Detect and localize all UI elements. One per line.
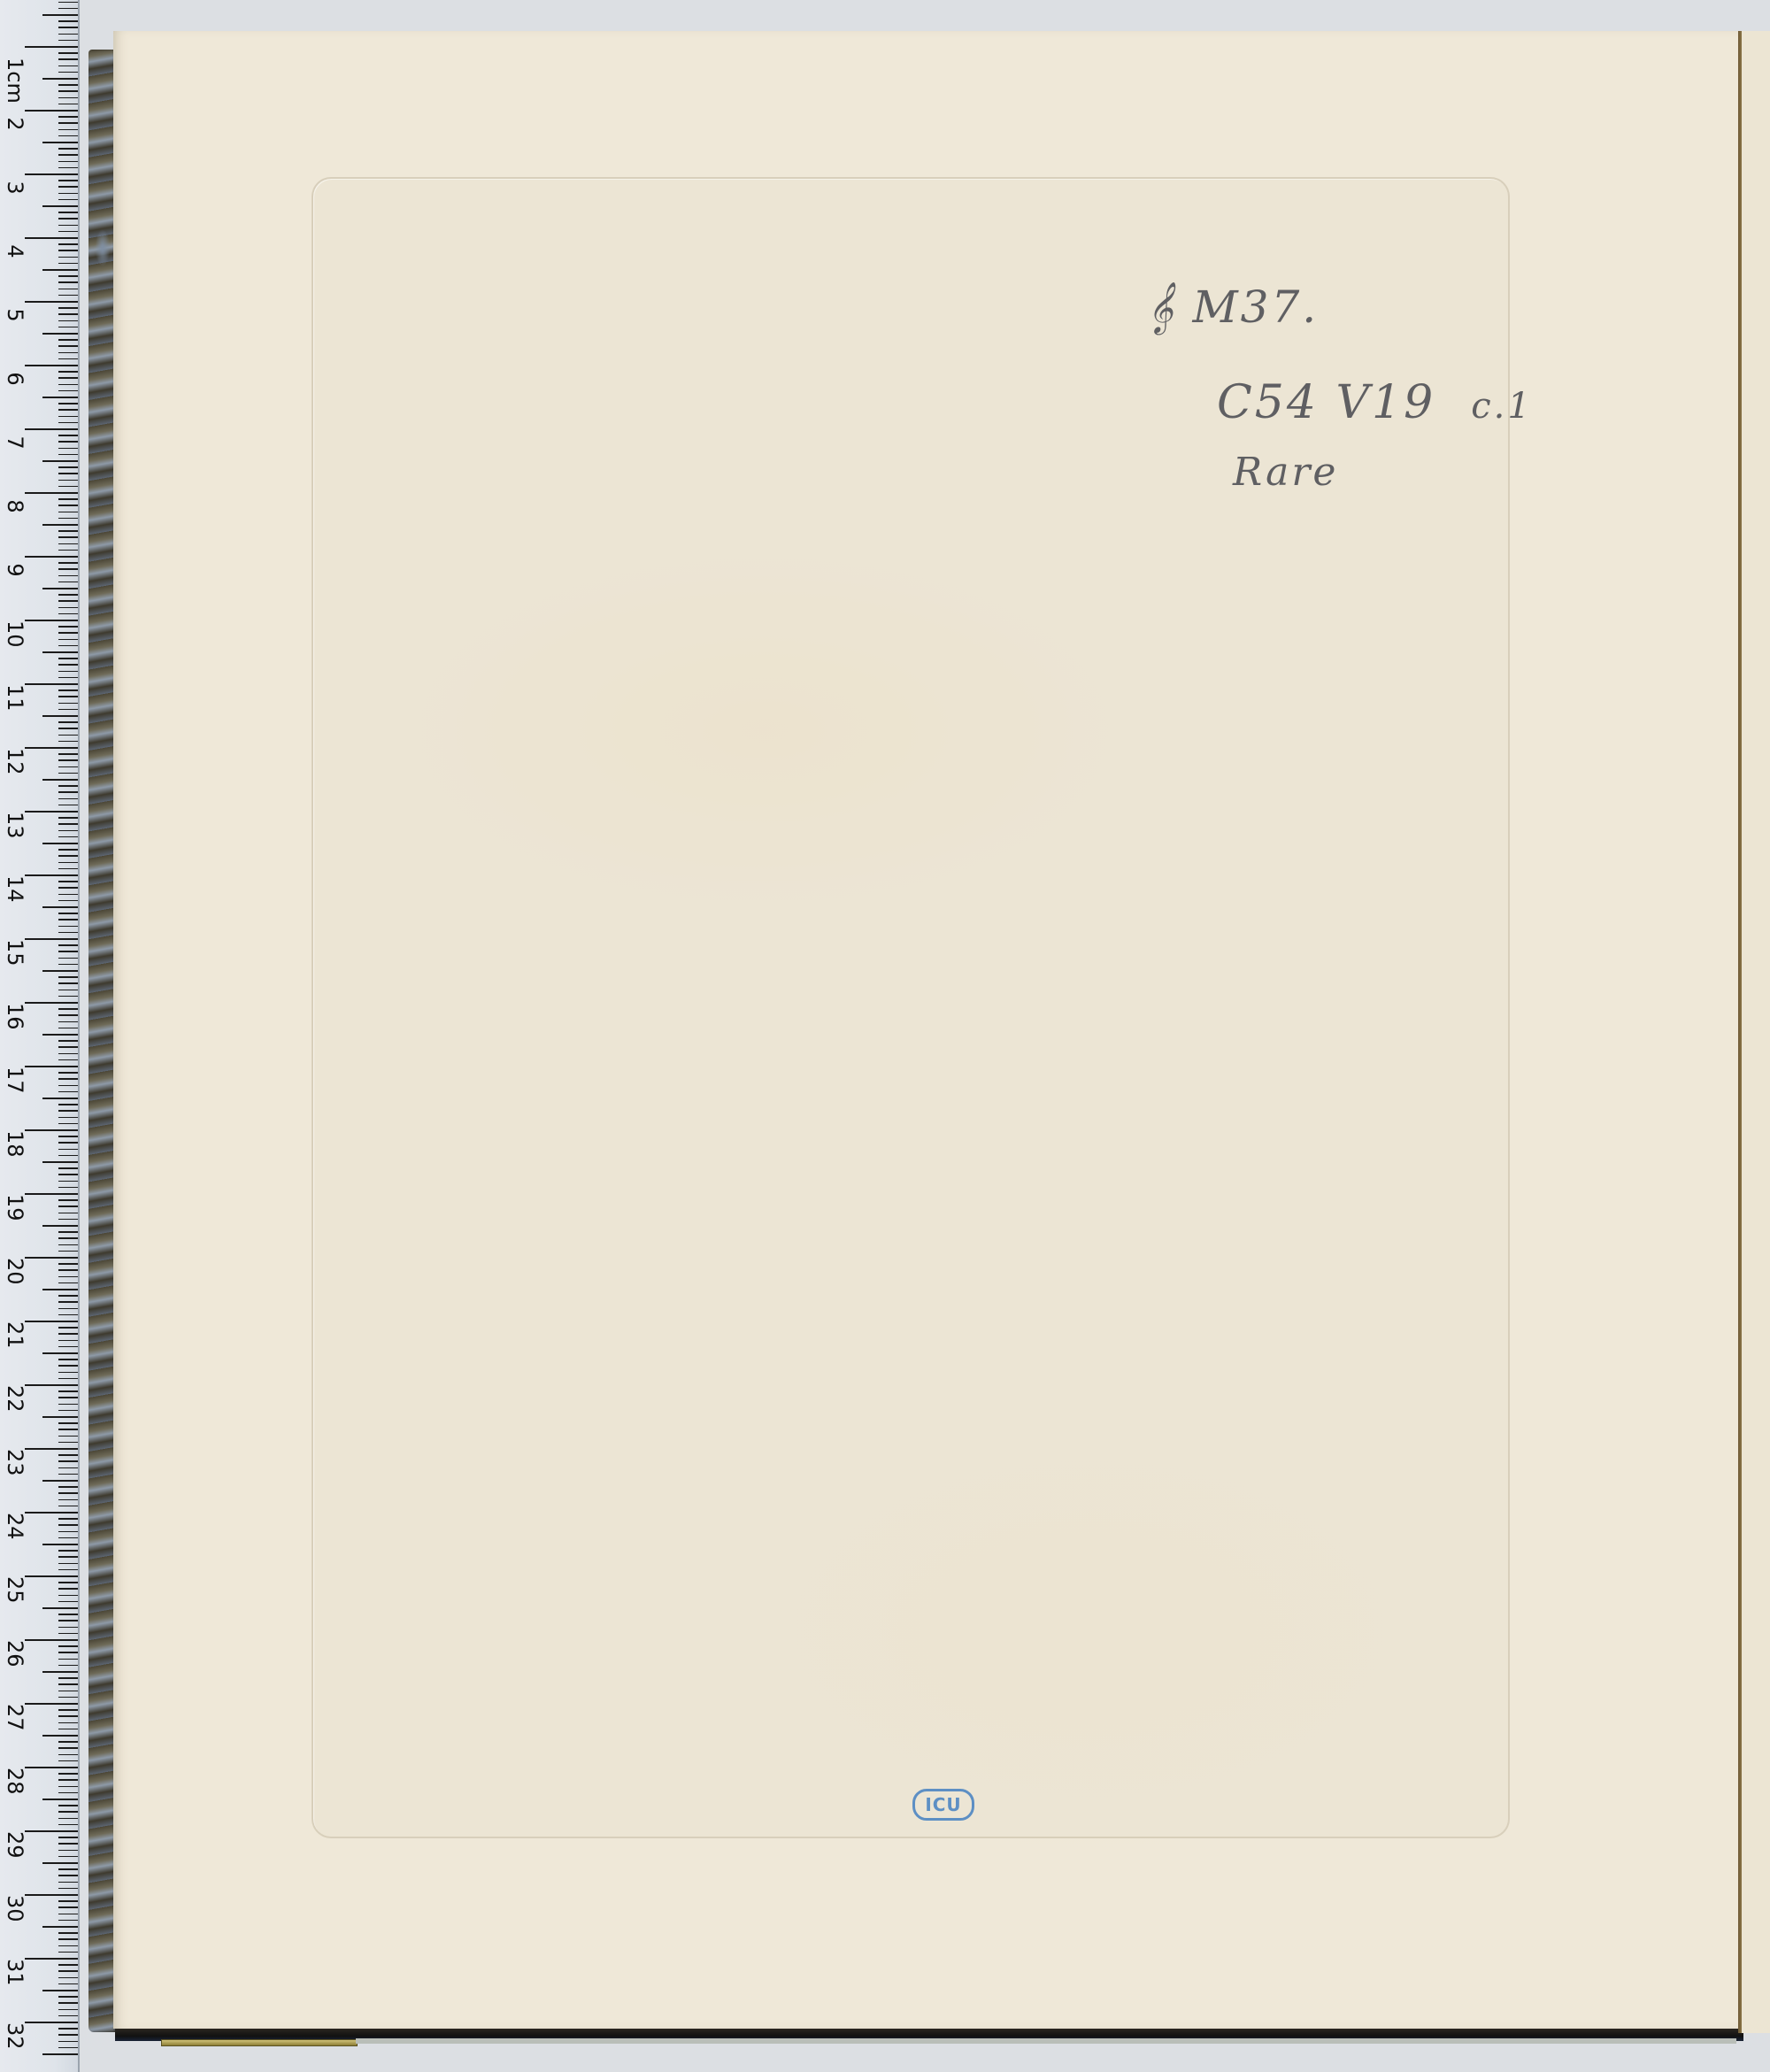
ruler-tick [42, 14, 78, 16]
ruler-tick [58, 913, 78, 914]
ruler-tick [58, 645, 78, 647]
ruler-tick [25, 811, 78, 813]
ruler-label: 9 [4, 557, 26, 583]
ruler-tick [58, 1346, 78, 1348]
ruler-tick [25, 1894, 78, 1896]
ruler-tick [58, 689, 78, 691]
ruler-tick [58, 958, 78, 959]
ruler-tick [58, 122, 78, 124]
ruler-tick [58, 1563, 78, 1565]
ruler-tick [58, 154, 78, 156]
ruler-tick [58, 1269, 78, 1271]
ruler-tick [25, 1066, 78, 1067]
ruler-tick [42, 333, 78, 335]
ruler-tick [42, 1098, 78, 1099]
ruler-tick [58, 1053, 78, 1055]
ruler-label: 16 [4, 1003, 26, 1029]
ruler-tick [58, 639, 78, 641]
ruler-tick [58, 1213, 78, 1214]
ruler-label: 8 [4, 493, 26, 520]
ruler-label: 28 [4, 1768, 26, 1794]
ruler-tick [58, 129, 78, 131]
ruler-tick [58, 1550, 78, 1552]
ruler-tick [58, 1282, 78, 1284]
ruler-tick [58, 1856, 78, 1858]
ruler-tick [58, 1537, 78, 1539]
ruler-tick [58, 1811, 78, 1813]
ruler-tick [58, 530, 78, 532]
ruler-tick [58, 944, 78, 946]
ruler-tick [25, 1129, 78, 1131]
ruler-tick [58, 180, 78, 181]
ruler-tick [58, 1174, 78, 1175]
ruler-tick [58, 1914, 78, 1915]
ruler-tick [58, 1410, 78, 1412]
ruler-tick [58, 1773, 78, 1775]
ruler-tick [58, 982, 78, 984]
ruler-tick [58, 307, 78, 309]
ruler-tick [58, 964, 78, 966]
ruler-tick [58, 855, 78, 857]
ruler-tick [58, 932, 78, 934]
ruler-tick [58, 441, 78, 443]
ruler-tick [58, 1506, 78, 1507]
ruler-tick [58, 390, 78, 392]
ruler-tick [42, 460, 78, 462]
ruler-label: 18 [4, 1130, 26, 1157]
ruler-tick [42, 2053, 78, 2055]
ruler-tick [25, 1257, 78, 1259]
ruler-tick [25, 620, 78, 621]
ruler-tick [25, 2022, 78, 2023]
ruler-tick [58, 90, 78, 92]
ruler-tick [58, 1244, 78, 1246]
ruler-tick [42, 651, 78, 653]
ruler-tick [58, 1977, 78, 1979]
ruler-tick [25, 1193, 78, 1195]
ruler-tick [58, 582, 78, 583]
ruler-tick [58, 498, 78, 500]
ruler-tick [58, 435, 78, 436]
ruler-label: 12 [4, 748, 26, 774]
ruler-tick [25, 428, 78, 430]
ruler-tick [58, 753, 78, 755]
ruler-tick [58, 849, 78, 851]
ruler-tick [58, 626, 78, 628]
ruler-label: 31 [4, 1959, 26, 1985]
ruler-tick [58, 295, 78, 297]
ruler-tick [58, 480, 78, 481]
facing-page-sliver [1742, 31, 1770, 2033]
ruler-tick [42, 906, 78, 908]
ruler-tick [42, 588, 78, 589]
ruler-tick [42, 205, 78, 207]
ruler-tick [58, 613, 78, 615]
ruler-tick [58, 1123, 78, 1125]
ruler-tick [42, 1799, 78, 1800]
ruler-tick [58, 448, 78, 450]
ruler-tick [58, 759, 78, 761]
ruler-tick [58, 1314, 78, 1316]
ruler-label: 6 [4, 366, 26, 392]
ruler-tick [58, 8, 78, 10]
ruler-tick [58, 926, 78, 928]
ruler-tick [58, 384, 78, 386]
ruler-tick [58, 58, 78, 60]
ruler-label: 1cm [4, 58, 26, 84]
ruler-tick [25, 1958, 78, 1960]
ruler-tick [58, 1614, 78, 1615]
library-stamp: ICU [912, 1789, 974, 1821]
ruler-tick [58, 199, 78, 201]
ruler-tick [25, 1002, 78, 1004]
ruler-tick [58, 900, 78, 902]
ruler-tick [42, 1034, 78, 1036]
ruler-tick [58, 721, 78, 723]
ruler-tick [25, 365, 78, 366]
ruler-tick [25, 301, 78, 303]
ruler-tick [58, 1722, 78, 1724]
ruler-tick [58, 1359, 78, 1360]
ruler-tick [58, 1397, 78, 1398]
ruler-tick [58, 1021, 78, 1023]
ruler-tick [58, 1378, 78, 1380]
ruler-tick [58, 836, 78, 838]
ruler-tick [58, 1996, 78, 1998]
ruler-tick [25, 938, 78, 940]
ruler-tick [58, 562, 78, 564]
ruler-tick [58, 1436, 78, 1437]
ruler-tick [58, 773, 78, 774]
ruler-label: 29 [4, 1831, 26, 1858]
ruler-tick [25, 1448, 78, 1450]
ruler-tick [25, 492, 78, 494]
ruler-tick [58, 671, 78, 673]
ruler-tick [58, 409, 78, 411]
ruler-label: 3 [4, 174, 26, 201]
ruler-tick [58, 1747, 78, 1749]
ruler-tick [58, 996, 78, 997]
ruler-tick [58, 703, 78, 705]
ruler-tick [42, 269, 78, 271]
ruler-tick [58, 1645, 78, 1647]
ruler-tick [58, 1365, 78, 1367]
ruler-tick [58, 1888, 78, 1890]
ruler-tick [58, 1499, 78, 1501]
ruler-tick [58, 1875, 78, 1876]
ruler-tick [58, 1059, 78, 1061]
ruler-tick [58, 1276, 78, 1278]
ruler-label: 17 [4, 1067, 26, 1093]
ruler-tick [58, 658, 78, 659]
ruler-tick [25, 1321, 78, 1322]
ruler-tick [42, 142, 78, 143]
ruler-tick [58, 1843, 78, 1845]
ruler-tick [42, 843, 78, 844]
ruler-tick [58, 104, 78, 105]
copy-number-text: c.1 [1471, 386, 1533, 427]
ruler-tick [58, 193, 78, 195]
ruler-tick [58, 1205, 78, 1207]
stamp-text: ICU [925, 1794, 961, 1815]
ruler-tick [58, 990, 78, 991]
document-page [113, 31, 1740, 2029]
ruler-tick [58, 218, 78, 220]
ruler-tick [25, 1512, 78, 1514]
ruler-tick [58, 1556, 78, 1558]
ruler-tick [58, 281, 78, 283]
ruler-tick [42, 524, 78, 526]
gilt-board-edge [161, 2039, 358, 2046]
ruler-label: 2 [4, 111, 26, 137]
ruler-tick [58, 505, 78, 506]
pencil-shelfmark: 𝄞 M37. [1147, 281, 1319, 334]
ruler-tick [58, 887, 78, 889]
ruler-tick [58, 1110, 78, 1112]
pencil-rare-note: Rare [1233, 450, 1338, 495]
ruler-tick [58, 1237, 78, 1239]
ruler-tick [58, 2034, 78, 2036]
ruler-tick [58, 951, 78, 952]
ruler-tick [58, 371, 78, 373]
ruler-tick [42, 970, 78, 972]
ruler-tick [58, 1085, 78, 1087]
ruler-tick [58, 352, 78, 354]
ruler-tick [58, 568, 78, 570]
ruler-tick [58, 161, 78, 163]
ruler-tick [58, 817, 78, 819]
ruler-tick [58, 791, 78, 793]
ruler-tick [58, 1492, 78, 1494]
ruler-label: 23 [4, 1449, 26, 1475]
ruler-tick [42, 1607, 78, 1609]
ruler-tick [58, 664, 78, 666]
ruler-label: 15 [4, 939, 26, 966]
ruler-tick [58, 339, 78, 341]
ruler-tick [58, 766, 78, 768]
ruler-label: 22 [4, 1385, 26, 1412]
ruler-label: 26 [4, 1640, 26, 1667]
ruler-tick [58, 1104, 78, 1105]
ruler-tick [58, 677, 78, 679]
ruler-tick [25, 556, 78, 558]
ruler-tick [42, 1671, 78, 1673]
ruler-tick [58, 512, 78, 513]
ruler-tick [58, 550, 78, 551]
ruler-tick [58, 1620, 78, 1621]
ruler-tick [58, 1072, 78, 1074]
ruler-tick [58, 65, 78, 67]
ruler-tick [58, 1569, 78, 1571]
ruler-tick [25, 874, 78, 876]
ruler-tick [25, 1639, 78, 1641]
ruler-tick [58, 696, 78, 697]
ruler-tick [25, 747, 78, 749]
ruler-tick [58, 1404, 78, 1406]
ruler-tick [58, 1754, 78, 1756]
ruler-tick [58, 1390, 78, 1392]
ruler-tick [58, 72, 78, 73]
ruler-tick [25, 683, 78, 685]
ruler-tick [58, 1524, 78, 1526]
ruler-tick [58, 416, 78, 418]
ruler-tick [58, 52, 78, 54]
ruler-tick [58, 257, 78, 258]
ruler-tick [58, 40, 78, 42]
ruler-label: 32 [4, 2022, 26, 2049]
ruler-tick [58, 741, 78, 743]
ruler-tick [58, 868, 78, 870]
ruler-tick [58, 1582, 78, 1583]
ruler-tick [58, 1970, 78, 1972]
ruler-tick [58, 1709, 78, 1711]
ruler-tick [42, 715, 78, 717]
ruler-tick [58, 275, 78, 277]
ruler-tick [42, 1735, 78, 1737]
ruler-tick [25, 173, 78, 175]
ruler-tick [58, 1518, 78, 1520]
ruler-tick [25, 110, 78, 112]
ruler-tick [58, 97, 78, 99]
ruler-tick [42, 1480, 78, 1482]
ruler-tick [58, 1659, 78, 1660]
ruler-tick [58, 1167, 78, 1169]
ruler-tick [58, 2, 78, 4]
ruler-label: 10 [4, 620, 26, 647]
ruler-tick [58, 345, 78, 347]
ruler-tick [58, 1652, 78, 1653]
ruler-tick [58, 1900, 78, 1902]
ruler-tick [58, 1920, 78, 1922]
ruler-label: 21 [4, 1321, 26, 1348]
ruler-tick [58, 1983, 78, 1985]
ruler-tick [58, 1474, 78, 1475]
ruler-tick [58, 2028, 78, 2030]
ruler-tick [58, 1741, 78, 1743]
ruler-tick [58, 1014, 78, 1016]
ruler-tick [58, 785, 78, 787]
ruler-tick [25, 1830, 78, 1832]
ruler-tick [58, 1117, 78, 1119]
ruler-tick [58, 1263, 78, 1265]
ruler-tick [58, 1301, 78, 1303]
ruler-tick [58, 1683, 78, 1685]
ruler-tick [58, 798, 78, 800]
ruler-tick [58, 1792, 78, 1794]
ruler-label: 27 [4, 1704, 26, 1730]
ruler-tick [58, 600, 78, 602]
ruler-tick [58, 2009, 78, 2011]
ruler-tick [58, 1588, 78, 1590]
ruler-tick [42, 1352, 78, 1354]
ruler-tick [58, 313, 78, 315]
ruler-tick [58, 116, 78, 118]
ruler-tick [42, 1289, 78, 1290]
ruler-tick [58, 1078, 78, 1080]
ruler-tick [42, 78, 78, 80]
ruler-tick [58, 543, 78, 545]
ruler-tick [58, 1149, 78, 1151]
ruler-tick [58, 1715, 78, 1717]
ruler-tick [58, 518, 78, 520]
ruler-tick [58, 1333, 78, 1335]
ruler-label: 14 [4, 875, 26, 902]
ruler-tick [58, 1486, 78, 1488]
ruler-tick [58, 186, 78, 188]
ruler-tick [58, 823, 78, 825]
ruler-tick [58, 1729, 78, 1730]
ruler-tick [58, 805, 78, 806]
ruler-tick [58, 1952, 78, 1953]
ruler-tick [58, 327, 78, 328]
ruler-tick [58, 486, 78, 488]
ruler-tick [58, 34, 78, 35]
ruler-tick [58, 2047, 78, 2049]
ruler-tick [42, 1544, 78, 1545]
ruler-tick [58, 1697, 78, 1698]
ruler-label: 24 [4, 1513, 26, 1539]
ruler-tick [58, 1008, 78, 1010]
ruler-tick [58, 1601, 78, 1603]
ruler-label: 5 [4, 302, 26, 328]
ruler-tick [58, 1136, 78, 1137]
ruler-tick [58, 250, 78, 251]
ruler-tick [25, 1384, 78, 1386]
ruler-tick [58, 263, 78, 265]
ruler-tick [58, 1155, 78, 1157]
pencil-call-number: C54 V19c.1 [1217, 376, 1533, 429]
ruler-tick [58, 1327, 78, 1329]
ruler-tick [25, 46, 78, 48]
ruler-tick [42, 1161, 78, 1163]
ruler-tick [58, 1824, 78, 1826]
ruler-tick [58, 1308, 78, 1310]
ruler-label: 11 [4, 684, 26, 711]
ruler-tick [58, 1906, 78, 1908]
ruler-tick [58, 1028, 78, 1029]
ruler-tick [58, 1677, 78, 1679]
ruler-tick [42, 1990, 78, 1991]
ruler-tick [58, 148, 78, 150]
ruler-tick [58, 1442, 78, 1444]
ruler-tick [58, 135, 78, 137]
ruler-tick [58, 1595, 78, 1597]
book-gutter [1738, 31, 1742, 2033]
ruler-tick [58, 1091, 78, 1093]
ruler-tick [58, 1422, 78, 1424]
ruler-tick [58, 358, 78, 360]
call-number-text: C54 V19 [1217, 376, 1435, 429]
ruler-tick [58, 231, 78, 233]
ruler-tick [58, 1850, 78, 1852]
ruler-tick [58, 728, 78, 729]
ruler-tick [58, 2015, 78, 2017]
ruler-tick [58, 1040, 78, 1042]
ruler-tick [58, 1372, 78, 1374]
ruler-tick [58, 1467, 78, 1469]
ruler-label: 13 [4, 812, 26, 838]
ruler-tick [58, 1531, 78, 1533]
ruler-tick [58, 225, 78, 227]
ruler-tick [58, 2002, 78, 2004]
ruler-tick [58, 830, 78, 832]
ruler-tick [58, 243, 78, 245]
ruler-label: 30 [4, 1895, 26, 1922]
ruler-tick [42, 1862, 78, 1864]
ruler-tick [58, 320, 78, 322]
ruler-tick [58, 1142, 78, 1144]
ruler-tick [58, 594, 78, 596]
